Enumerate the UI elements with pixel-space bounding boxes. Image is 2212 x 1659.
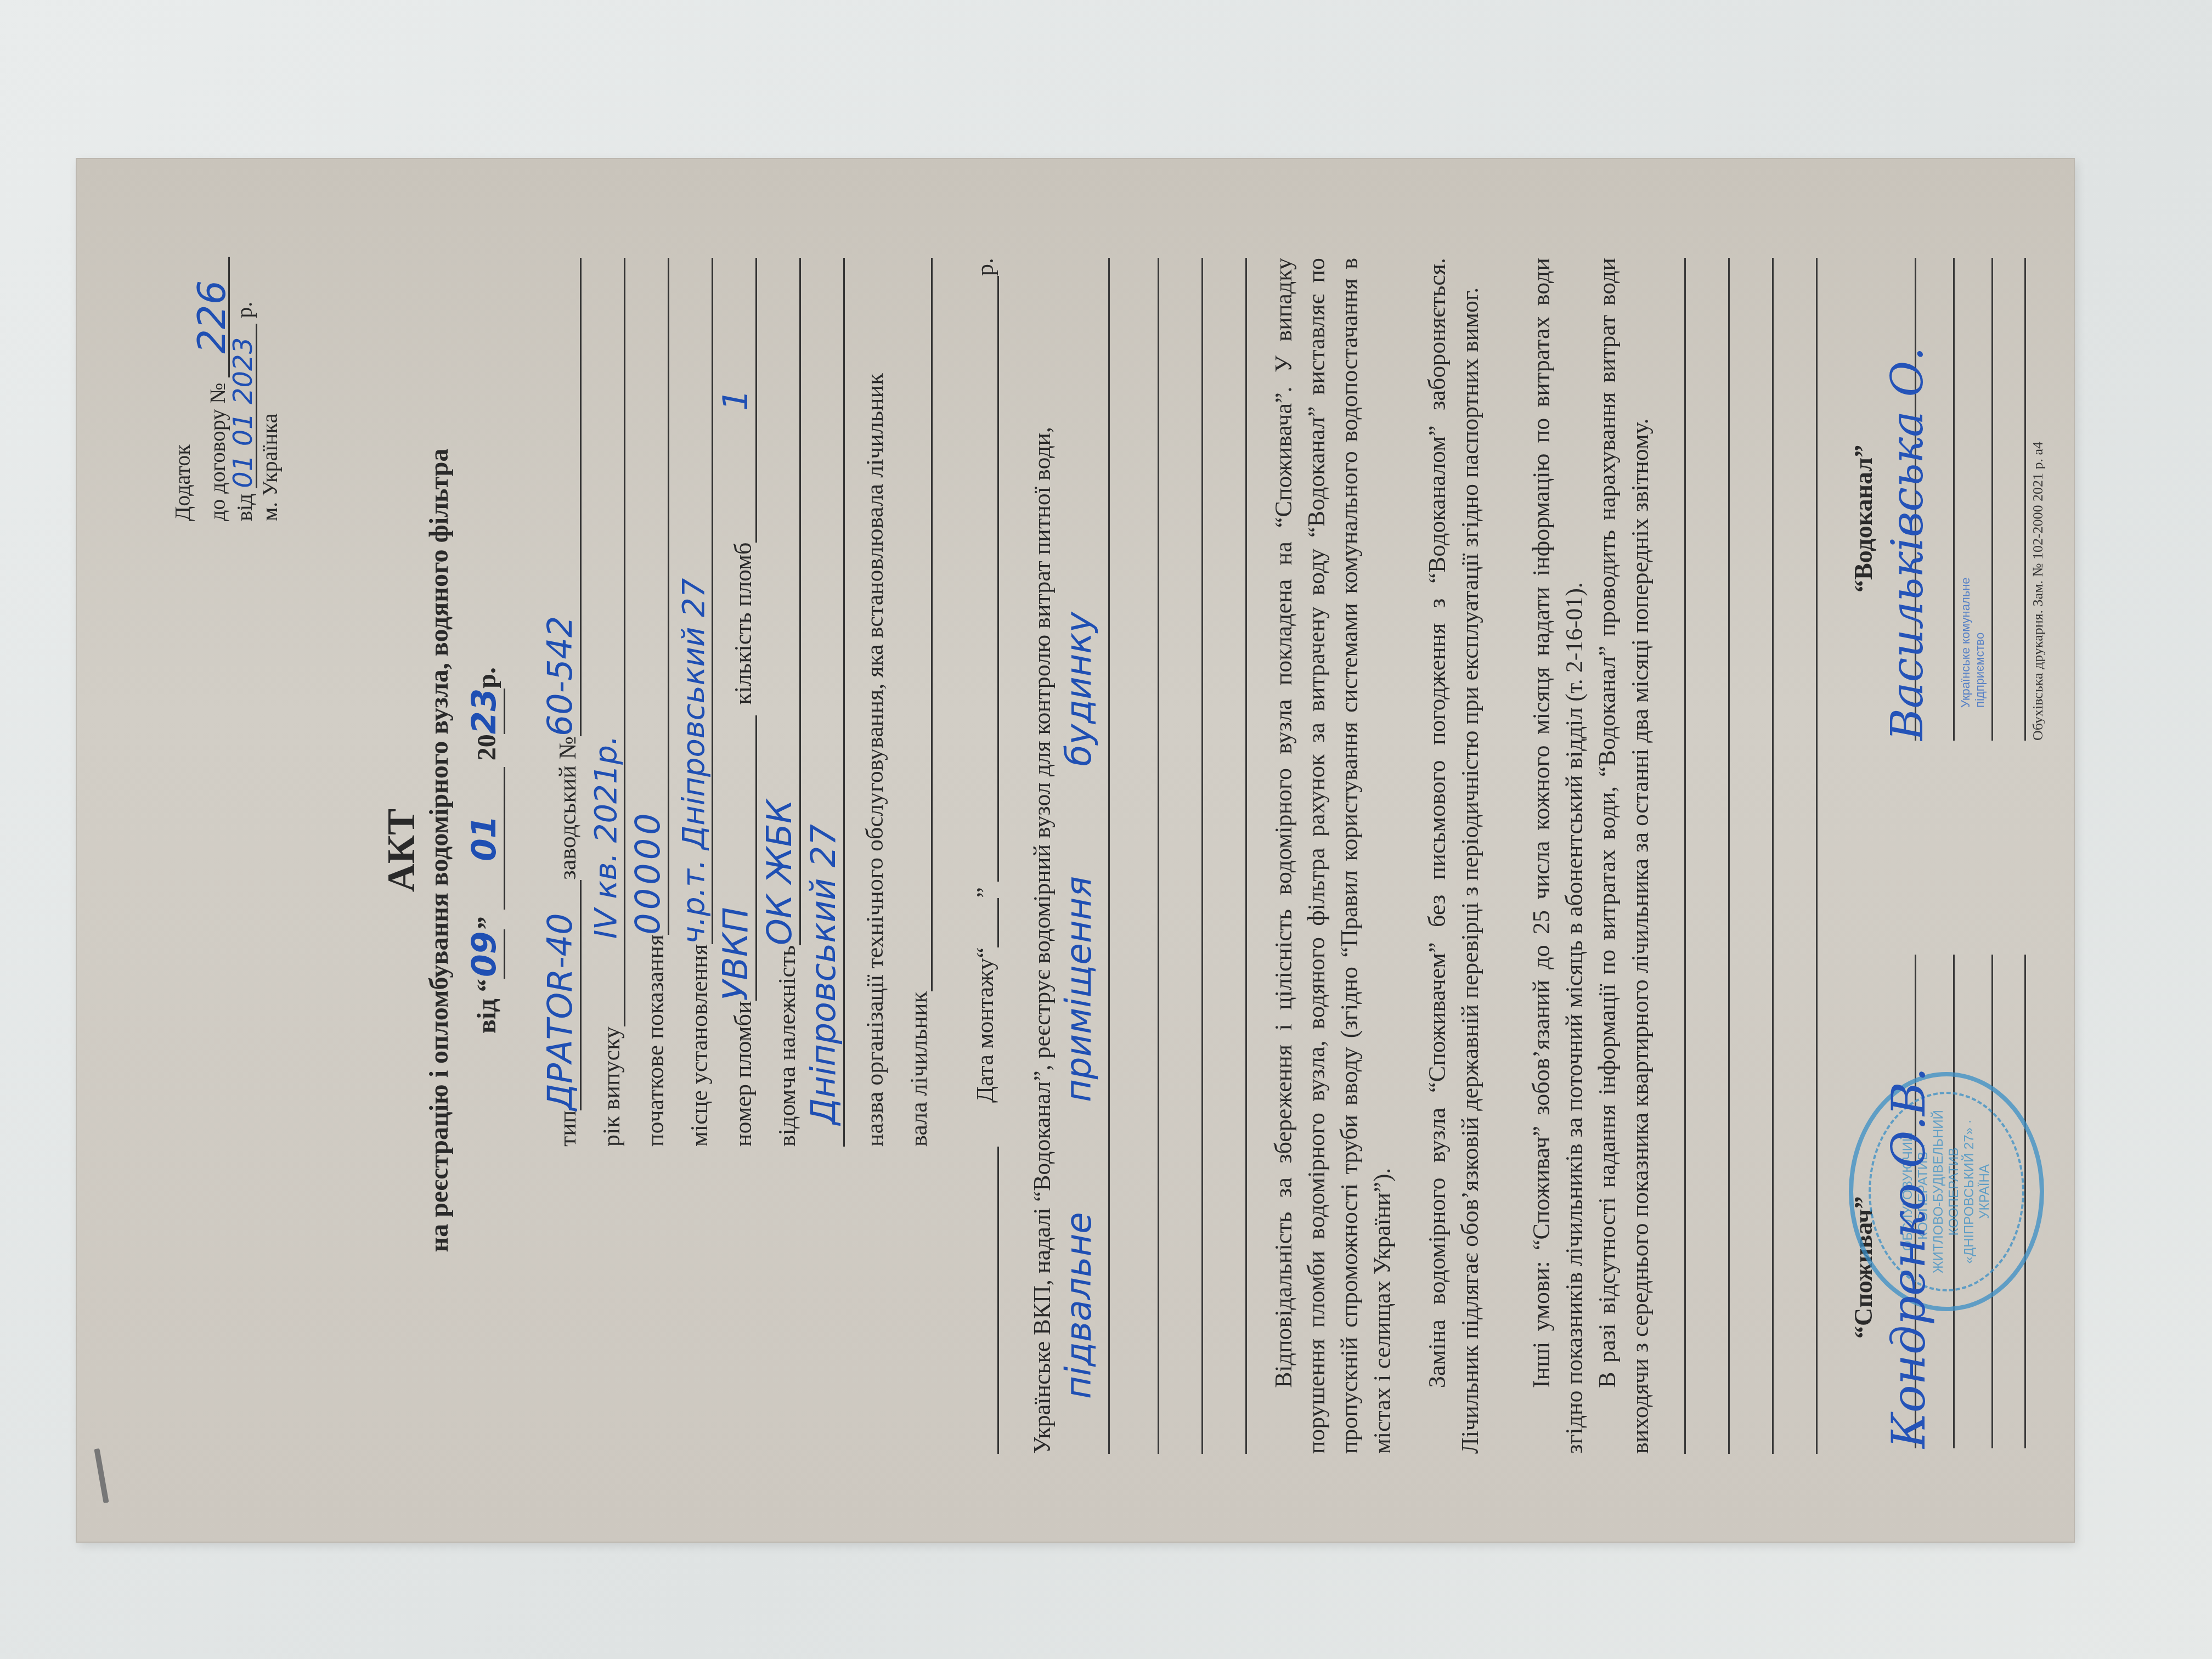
- field-seal-number-value[interactable]: УВКП: [715, 715, 757, 1001]
- paragraph-other-terms: Інші умови: “Споживач” зобов’язаний до 2…: [1525, 258, 1591, 1454]
- rule-line: [1158, 258, 1159, 1454]
- field-seal: номер пломби номер пломби УВКП кількість…: [713, 258, 757, 1147]
- registration-handwritten: підвальне приміщення будинку: [1059, 302, 1099, 1399]
- meter-fields: тип ДРАТОR-40 заводський № 60-542 рік ви…: [538, 258, 933, 1147]
- rule-line: [1108, 258, 1110, 1454]
- paragraph-replacement: Заміна водомірного вузла “Споживачем” бе…: [1421, 258, 1487, 1454]
- vodokanal-sign-line: [2024, 258, 2026, 741]
- field-service-org-cont: вала лічильник: [889, 258, 933, 1147]
- rule-line: [1245, 258, 1247, 1454]
- rule-line: [1684, 258, 1686, 1454]
- mount-date-field[interactable]: [997, 276, 999, 882]
- paragraph-no-info: В разі відсутності надання інформації по…: [1591, 258, 1657, 1454]
- field-initial-reading-value[interactable]: 00000: [628, 258, 669, 935]
- field-type: тип ДРАТОR-40 заводський № 60-542: [538, 258, 582, 1147]
- page-title: АКТ: [379, 181, 424, 1520]
- field-serial-value[interactable]: 60-542: [540, 258, 582, 736]
- title-block: АКТ на реєстрацію і опломбування водомір…: [379, 181, 505, 1520]
- contract-number: 226: [195, 257, 230, 377]
- paragraph-responsibility: Відповідальність за збереження і цілісні…: [1267, 258, 1399, 1454]
- vodokanal-label: “Водоканал”: [1849, 445, 1878, 592]
- field-year-value[interactable]: IV кв. 2021р.: [588, 258, 625, 1026]
- rule-line: [1772, 258, 1774, 1454]
- field-ownership-cont-value[interactable]: Дніпровський 27: [803, 258, 845, 1147]
- contract-line: до договору № 226: [195, 257, 230, 521]
- rule-line: [1201, 258, 1203, 1454]
- printer-note: Обухівська друкарня. Зам. № 102-2000 202…: [2030, 442, 2046, 741]
- field-ownership-cont: Дніпровський 27: [801, 258, 845, 1147]
- vodokanal-sign-line: [1953, 258, 1955, 741]
- field-type-value[interactable]: ДРАТОR-40: [540, 880, 582, 1110]
- field-seal-count-value[interactable]: 1: [715, 258, 757, 543]
- mount-day-field[interactable]: [997, 898, 999, 947]
- act-date: від “09” 01 2023р.: [465, 181, 505, 1520]
- vodokanal-sign-line: [1991, 258, 1993, 741]
- page-subtitle: на реєстрацію і опломбування водомірного…: [424, 181, 454, 1520]
- field-location: місце установлення ч.р.т. Дніпровський 2…: [669, 258, 713, 1147]
- rule-line: [1728, 258, 1730, 1454]
- rule-line: [1816, 258, 1818, 1454]
- field-ownership: відомча належність відомча належність ОК…: [757, 258, 801, 1147]
- field-ownership-value[interactable]: ОК ЖБК: [759, 258, 801, 945]
- act-year: 23: [465, 689, 505, 735]
- mount-date-row: Дата монтажу “” р.: [971, 258, 999, 1454]
- contract-date-line: від 01 01 2023 р.: [230, 257, 257, 521]
- contract-date: 01 01 2023: [230, 324, 257, 488]
- field-year: рік випуску рік випуску IV кв. 2021р.: [582, 258, 625, 1147]
- field-service-org-value[interactable]: [931, 258, 933, 991]
- consumer-stamp: ОБСЛУГОВУЮЧИЙ КООПЕРАТИВ · ЖИТЛОВО-БУДІВ…: [1849, 1072, 2044, 1311]
- vodokanal-signature: Васильківська О.: [1882, 347, 1933, 741]
- field-location-value[interactable]: ч.р.т. Дніпровський 27: [676, 258, 713, 944]
- field-initial-reading: початкове показання 00000: [625, 258, 669, 1147]
- city-label: м. Українка: [257, 257, 283, 521]
- appendix-block: Додаток до договору № 226 від 01 01 2023…: [170, 257, 283, 521]
- registration-text: Українське ВКП, надалі “Водоканал”, реєс…: [1026, 258, 1059, 1454]
- document-content: Додаток до договору № 226 від 01 01 2023…: [104, 181, 2046, 1520]
- act-day: 09: [465, 929, 505, 979]
- act-month: 01: [465, 767, 505, 910]
- field-service-org: назва організації технічного обслуговува…: [845, 258, 889, 1147]
- vodokanal-stamp: Українське комунальне підприємство: [1959, 543, 1987, 708]
- consumer-signature: Кондренко О.В.: [1882, 1068, 1936, 1448]
